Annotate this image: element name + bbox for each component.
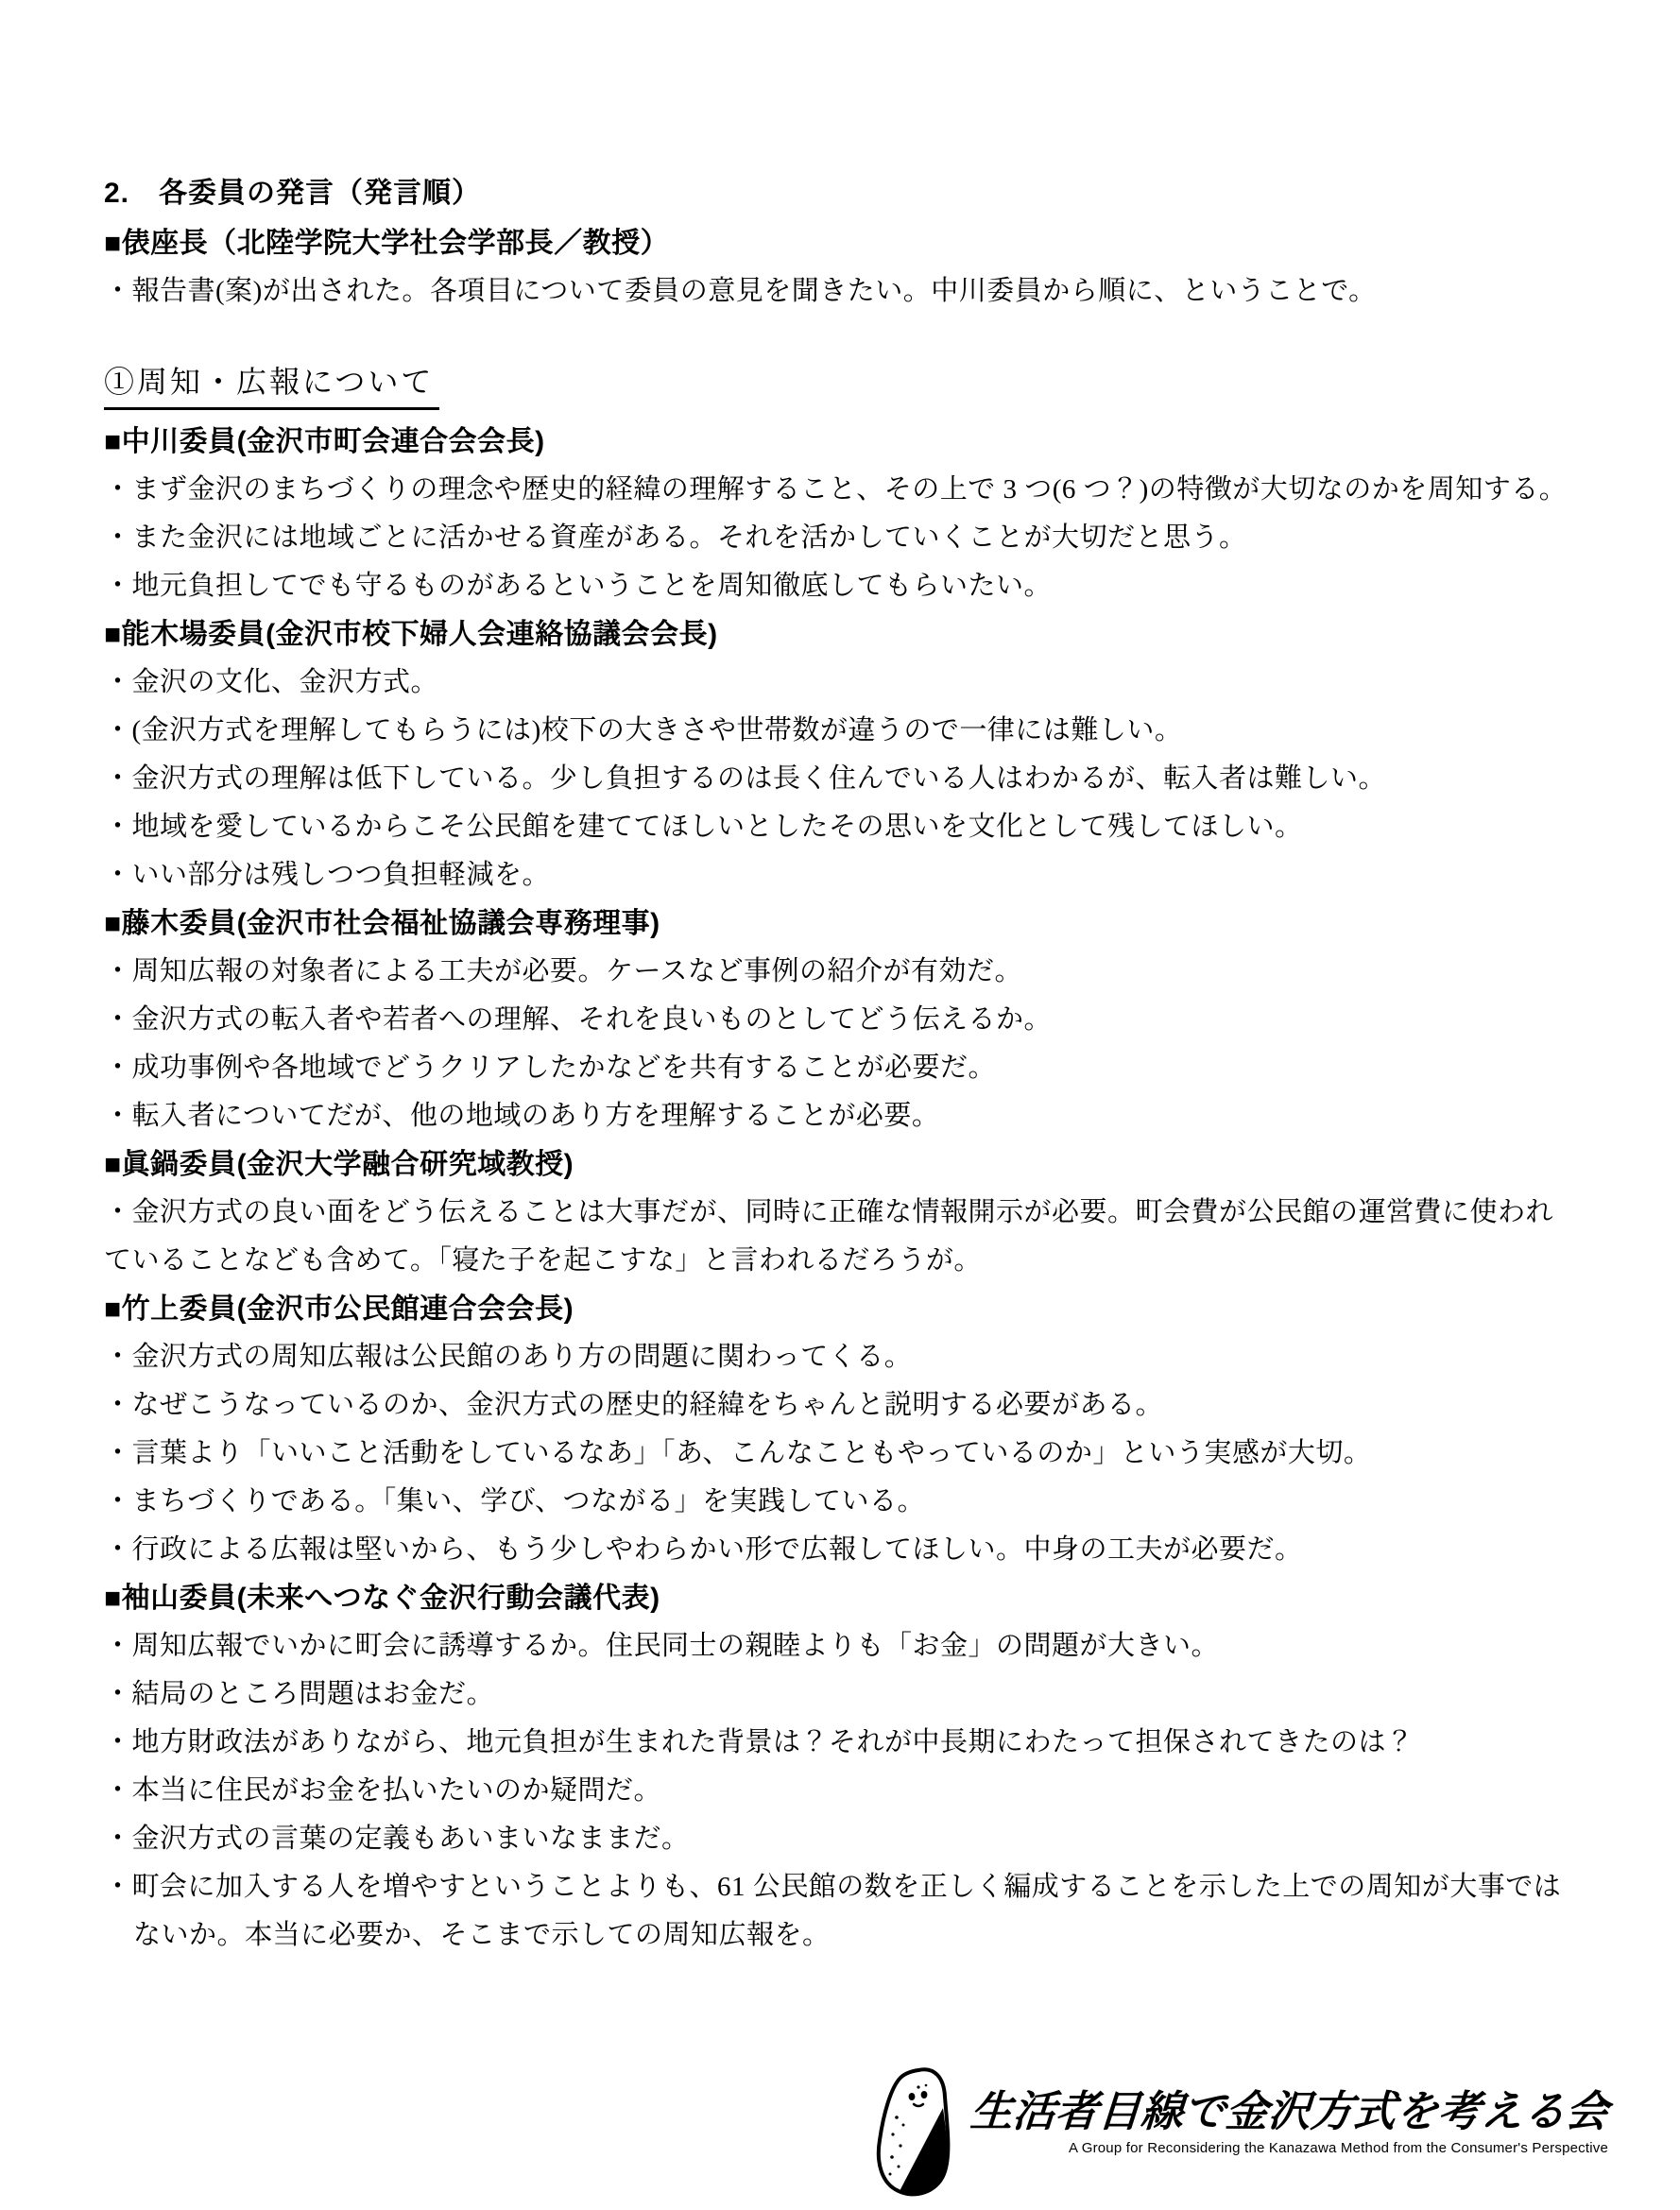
statement-bullet: ・金沢方式の転入者や若者への理解、それを良いものとしてどう伝えるか。	[104, 996, 1580, 1044]
statement-bullet: ・町会に加入する人を増やすということよりも、61 公民館の数を正しく編成すること…	[104, 1863, 1580, 1960]
document-page: 2. 各委員の発言（発言順） ■俵座長（北陸学院大学社会学部長／教授）・報告書(…	[0, 0, 1680, 2210]
statement-bullet: ・また金沢には地域ごとに活かせる資産がある。それを活かしていくことが大切だと思う…	[104, 514, 1580, 562]
speaker-header: ■俵座長（北陸学院大学社会学部長／教授）	[104, 219, 1580, 267]
org-name: 生活者目線で金沢方式を考える会	[969, 2087, 1610, 2136]
statement-bullet: ・言葉より「いいこと活動をしているなあ」「あ、こんなこともやっているのか」という…	[104, 1430, 1580, 1478]
statement-bullet: ・まず金沢のまちづくりの理念や歴史的経緯の理解すること、その上で 3 つ(6 つ…	[104, 466, 1580, 514]
statement-bullet: ・金沢方式の周知広報は公民館のあり方の問題に関わってくる。	[104, 1333, 1580, 1381]
footer-text: 生活者目線で金沢方式を考える会 A Group for Reconsiderin…	[970, 2064, 1608, 2157]
statement-bullet: ・金沢方式の理解は低下している。少し負担するのは長く住んでいる人はわかるが、転入…	[104, 755, 1580, 803]
statement-bullet: ・周知広報の対象者による工夫が必要。ケースなど事例の紹介が有効だ。	[104, 948, 1580, 996]
org-name-en: A Group for Reconsidering the Kanazawa M…	[1069, 2140, 1608, 2157]
speaker-header: ■藤木委員(金沢市社会福祉協議会専務理事)	[104, 899, 1580, 948]
topic-heading-text: ①周知・広報について	[104, 359, 439, 410]
statement-bullet: ・まちづくりである。「集い、学び、つながる」を実践している。	[104, 1478, 1580, 1526]
statement-bullet: ・行政による広報は堅いから、もう少しやわらかい形で広報してほしい。中身の工夫が必…	[104, 1526, 1580, 1574]
speaker-header: ■眞鍋委員(金沢大学融合研究域教授)	[104, 1140, 1580, 1189]
speaker-header: ■中川委員(金沢市町会連合会会長)	[104, 418, 1580, 466]
speaker-header: ■竹上委員(金沢市公民館連合会会長)	[104, 1285, 1580, 1333]
speaker-header: ■能木場委員(金沢市校下婦人会連絡協議会会長)	[104, 610, 1580, 659]
statement-bullet: ・本当に住民がお金を払いたいのか疑問だ。	[104, 1767, 1580, 1815]
statement-bullet: ・なぜこうなっているのか、金沢方式の歴史的経緯をちゃんと説明する必要がある。	[104, 1381, 1580, 1430]
topic-heading: ①周知・広報について	[104, 359, 1580, 410]
document-content: 2. 各委員の発言（発言順） ■俵座長（北陸学院大学社会学部長／教授）・報告書(…	[104, 168, 1580, 1960]
statement-bullet: ・報告書(案)が出された。各項目について委員の意見を聞きたい。中川委員から順に、…	[104, 267, 1580, 316]
statement-bullet: ・金沢の文化、金沢方式。	[104, 659, 1580, 707]
statement-bullet: ・地域を愛しているからこそ公民館を建ててほしいとしたその思いを文化として残してほ…	[104, 803, 1580, 851]
doc-title: 2. 各委員の発言（発言順）	[104, 168, 1580, 219]
statement-bullet: ・金沢方式の言葉の定義もあいまいなままだ。	[104, 1815, 1580, 1863]
statement-bullet: ・成功事例や各地域でどうクリアしたかなどを共有することが必要だ。	[104, 1044, 1580, 1092]
statement-bullet: ・地方財政法がありながら、地元負担が生まれた背景は？それが中長期にわたって担保さ…	[104, 1719, 1580, 1767]
speaker-header: ■袖山委員(未来へつなぐ金沢行動会議代表)	[104, 1574, 1580, 1622]
footer-logo: 生活者目線で金沢方式を考える会 A Group for Reconsiderin…	[872, 2064, 1608, 2199]
statement-bullet: ・(金沢方式を理解してもらうには)校下の大きさや世帯数が違うので一律には難しい。	[104, 707, 1580, 755]
statement-bullet: ・周知広報でいかに町会に誘導するか。住民同士の親睦よりも「お金」の問題が大きい。	[104, 1622, 1580, 1670]
statement-bullet: ・いい部分は残しつつ負担軽減を。	[104, 851, 1580, 899]
statement-bullet: ・金沢方式の良い面をどう伝えることは大事だが、同時に正確な情報開示が必要。町会費…	[104, 1189, 1580, 1285]
onigiri-character-icon	[872, 2064, 957, 2199]
statement-bullet: ・転入者についてだが、他の地域のあり方を理解することが必要。	[104, 1092, 1580, 1140]
statement-bullet: ・地元負担してでも守るものがあるということを周知徹底してもらいたい。	[104, 562, 1580, 610]
statement-bullet: ・結局のところ問題はお金だ。	[104, 1670, 1580, 1719]
sections-container: ■俵座長（北陸学院大学社会学部長／教授）・報告書(案)が出された。各項目について…	[104, 219, 1580, 1960]
